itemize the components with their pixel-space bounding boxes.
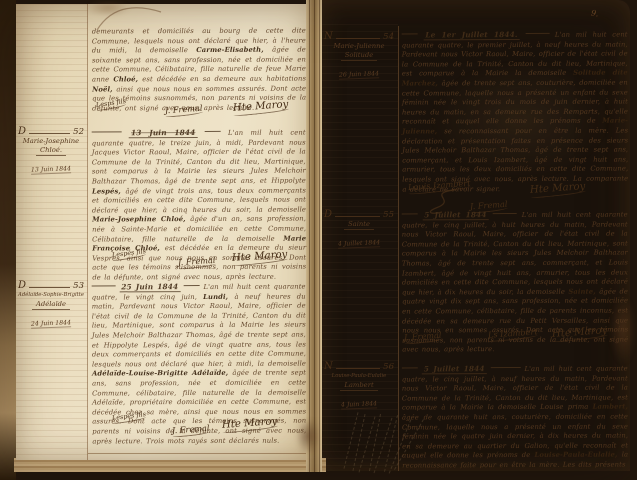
heading-dash — [525, 33, 549, 35]
act-number: 53 — [73, 281, 84, 291]
margin-entry-55: D 55 Sainte 4 Juillet 1844 — [324, 209, 394, 249]
right-margin-rule — [398, 26, 399, 471]
act-date-heading: 5 Juillet 1844 — [422, 364, 487, 374]
margin-date: 4 Juin 1844 — [341, 400, 377, 409]
margin-date: 26 Juin 1844 — [339, 70, 379, 79]
page-corner-mark: 9. — [590, 8, 599, 18]
act-date-heading: Le 1er Juillet 1844. — [423, 30, 519, 40]
margin-date: 24 Juin 1844 — [31, 319, 71, 328]
margin-date: 4 Juillet 1844 — [338, 239, 380, 248]
margin-name-main: Lambert — [340, 381, 377, 391]
book-cover-left-edge — [0, 0, 16, 480]
margin-entry-53-header: D 53 — [18, 280, 84, 291]
act-number: 54 — [383, 32, 394, 42]
margin-date: 13 Juin 1844 — [31, 165, 71, 174]
heading-dash — [493, 213, 517, 215]
margin-name-main: Solitude — [341, 51, 378, 61]
act-number: 52 — [73, 127, 84, 137]
act-type-letter: D — [324, 209, 332, 220]
act-number: 56 — [383, 362, 394, 372]
margin-name-main: Sainte — [344, 220, 374, 230]
act-type-letter: N — [324, 361, 333, 372]
heading-dash — [491, 367, 521, 369]
margin-entry-55-header: D 55 — [324, 209, 394, 220]
act-date-heading: 5 Juillet 1844 — [422, 210, 488, 220]
margin-entry-54-header: N 54 — [324, 31, 394, 42]
act-type-letter: D — [18, 126, 26, 137]
heading-dash — [402, 367, 418, 369]
margin-name-main: Chloé. — [36, 146, 66, 156]
act-type-letter: D — [18, 280, 26, 291]
heading-dash — [184, 285, 200, 287]
gutter-line — [309, 0, 310, 472]
show-through-lines-left — [16, 4, 88, 460]
act-date-heading: 25 Juin 1844 — [119, 282, 180, 292]
margin-entry-52: D 52 Marie-Josephine Chloé. 13 Juin 1844 — [18, 126, 84, 175]
act-body-56: 5 Juillet 1844 L'an mil huit cent quaran… — [402, 364, 628, 469]
margin-name: Adélaïde-Sophie-Brigitte — [18, 291, 84, 300]
margin-name: Marie-Josephine — [18, 137, 84, 146]
margin-name: Louise-Paula-Eulalie — [324, 372, 394, 381]
left-margin-rule — [87, 4, 88, 460]
margin-line — [29, 287, 70, 288]
margin-entry-56-header: N 56 — [324, 361, 394, 372]
binding-gutter — [306, 0, 322, 472]
act-body-54: Le 1er Juillet 1844. L'an mil huit cent … — [402, 30, 629, 195]
heading-dash — [205, 131, 221, 133]
act-type-letter: N — [324, 31, 333, 42]
margin-entry-54: N 54 Marie-Julienne Solitude 26 Juin 184… — [324, 31, 394, 80]
gutter-line — [319, 0, 320, 472]
margin-line — [336, 368, 380, 369]
margin-entry-52-header: D 52 — [18, 126, 84, 137]
act-number: 55 — [383, 210, 394, 220]
page-stack-bottom-edges — [14, 458, 326, 472]
gutter-line — [314, 0, 315, 472]
margin-entry-56: N 56 Louise-Paula-Eulalie Lambert 4 Juin… — [324, 361, 394, 410]
act-date-heading: 13 Juin 1844 — [129, 128, 197, 138]
heading-dash — [402, 33, 418, 35]
margin-entry-53: D 53 Adélaïde-Sophie-Brigitte Adélaïde 2… — [18, 280, 84, 329]
margin-line — [335, 216, 380, 217]
margin-line — [29, 133, 70, 134]
heading-dash — [92, 131, 122, 133]
margin-name: Marie-Julienne — [324, 42, 394, 51]
heading-dash — [92, 285, 116, 287]
left-bottom-rule — [88, 453, 306, 454]
margin-name-main: Adélaïde — [32, 300, 70, 310]
margin-line — [336, 38, 380, 39]
register-scan: 9. demeurants et domiciliés au bourg de … — [0, 0, 637, 480]
heading-dash — [402, 213, 418, 215]
